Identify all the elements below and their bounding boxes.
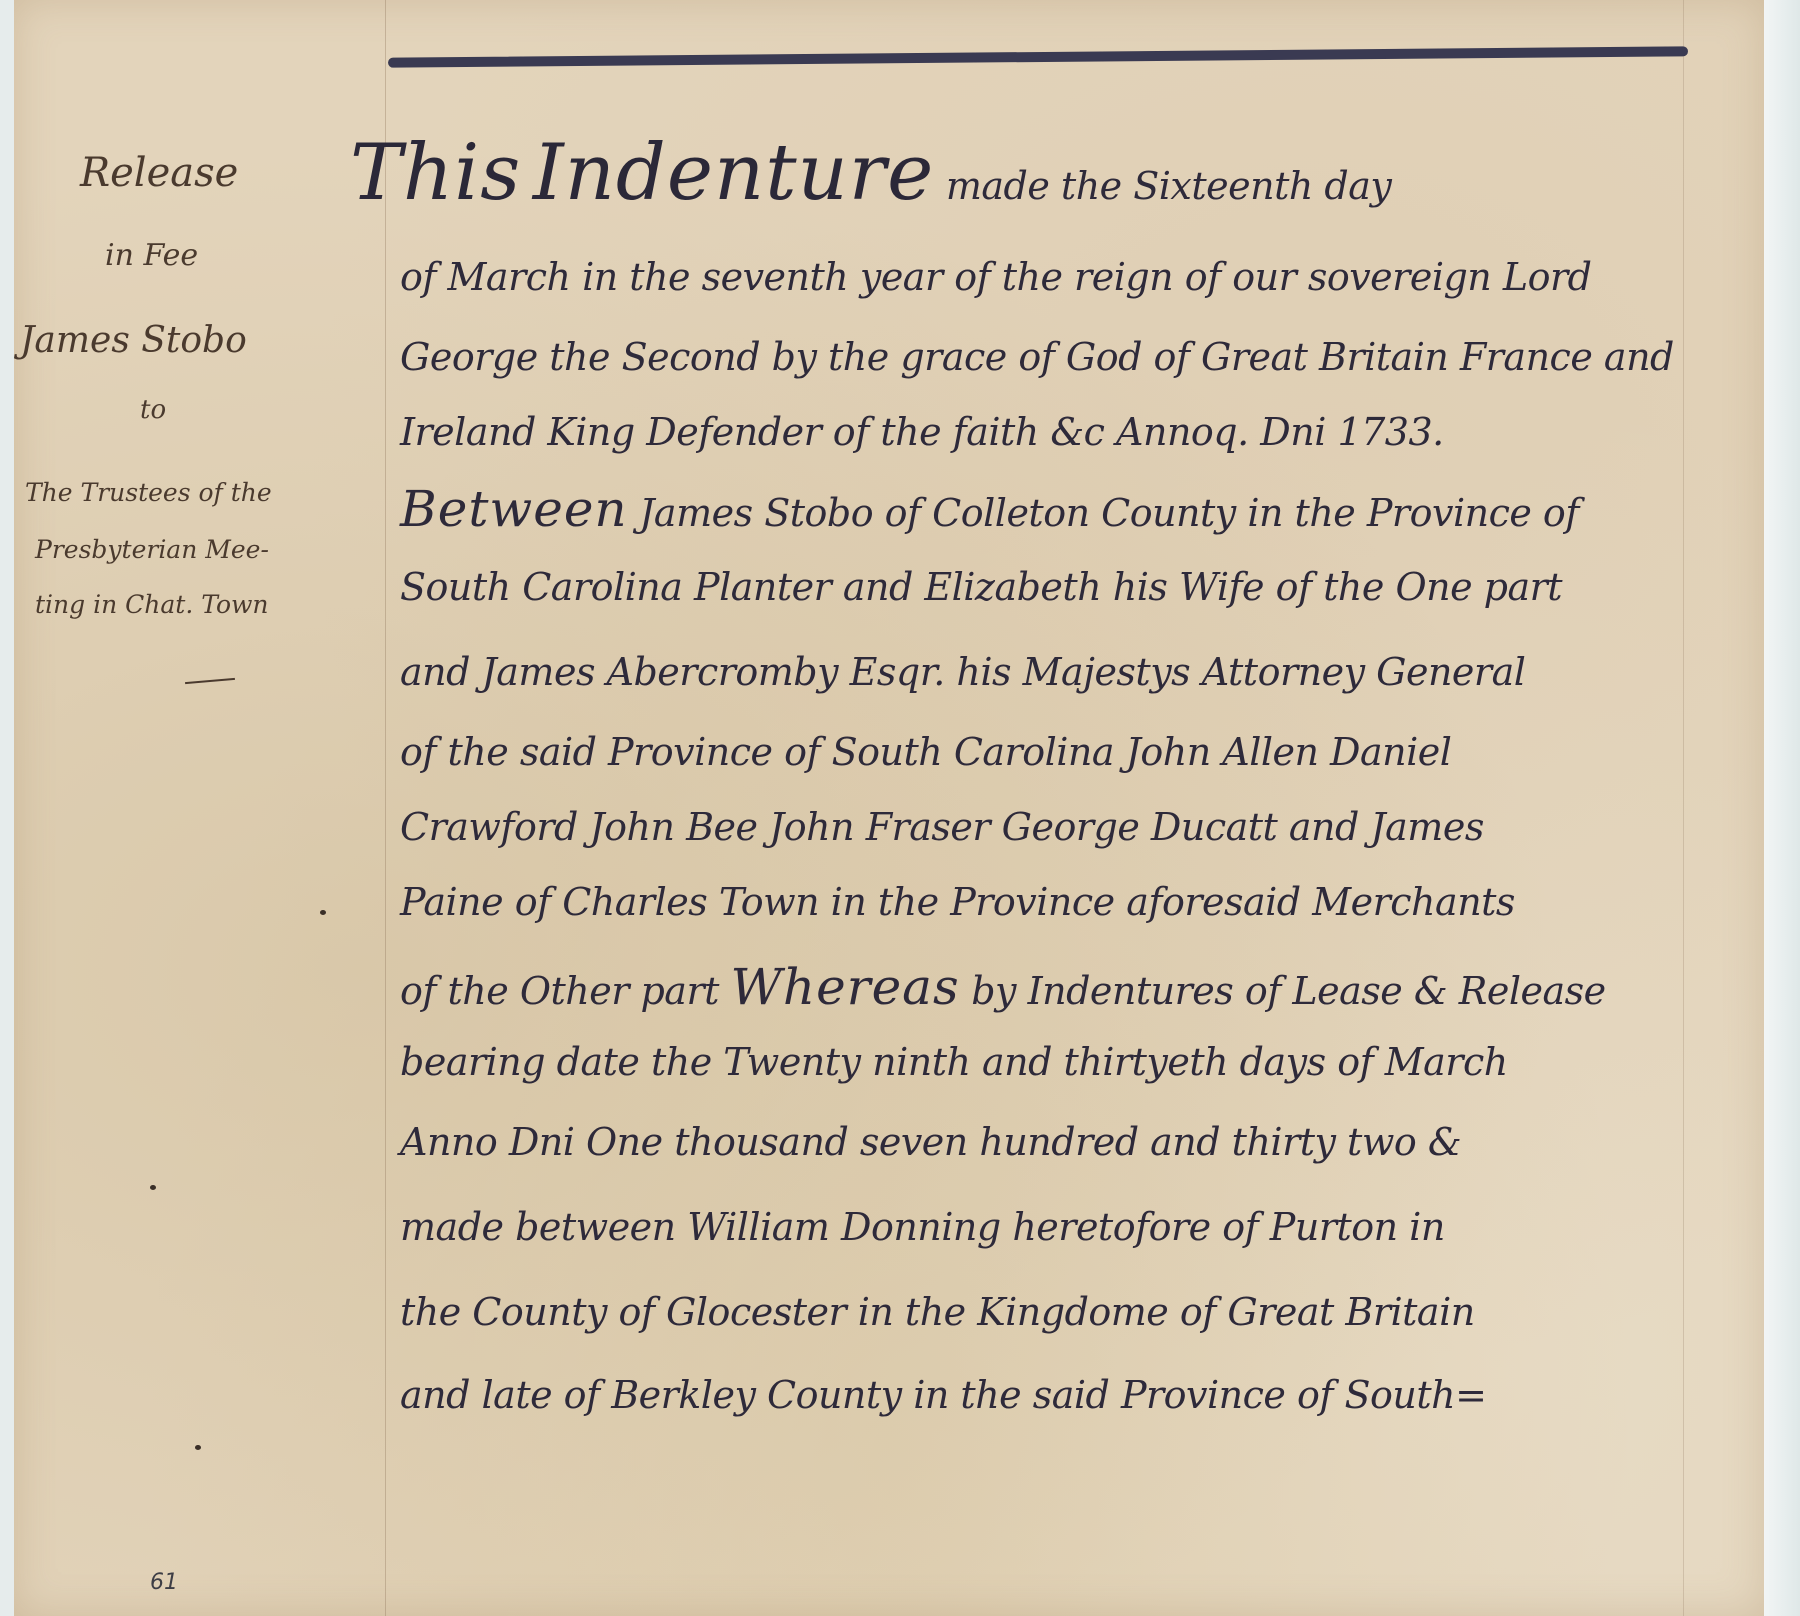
body-line-4: Ireland King Defender of the faith &c An…	[400, 410, 1444, 454]
body-line-5: Between James Stobo of Colleton County i…	[400, 480, 1579, 538]
body-line-16: and late of Berkley County in the said P…	[400, 1373, 1487, 1417]
body-line-6: South Carolina Planter and Elizabeth his…	[400, 565, 1562, 609]
margin-connector: to	[140, 395, 166, 425]
keyword-whereas: Whereas	[730, 958, 959, 1016]
page-number: 61	[150, 1570, 178, 1595]
ink-speck	[150, 1185, 156, 1190]
margin-grantor: James Stobo	[20, 320, 247, 361]
margin-grantee-line-1: The Trustees of the	[25, 478, 272, 507]
body-line-11: of the Other part Whereas by Indentures …	[400, 958, 1606, 1016]
ink-speck	[195, 1445, 201, 1450]
margin-grantee-line-3: ting in Chat. Town	[35, 590, 269, 619]
body-line-1-tail: made the Sixteenth day	[946, 164, 1392, 208]
margin-grantee-line-2: Presbyterian Mee-	[35, 535, 269, 564]
body-line-9: Crawford John Bee John Fraser George Duc…	[400, 805, 1484, 849]
margin-title: Release	[80, 150, 238, 196]
ink-speck	[320, 910, 326, 915]
body-line-10: Paine of Charles Town in the Province af…	[400, 880, 1515, 924]
margin-subtitle: in Fee	[105, 238, 198, 273]
left-margin-rule	[385, 0, 386, 1616]
body-line-1: This Indenture made the Sixteenth day	[350, 128, 1391, 218]
heading-word-indenture: Indenture	[533, 128, 934, 218]
body-line-15: the County of Glocester in the Kingdome …	[400, 1290, 1475, 1334]
body-line-5-tail: James Stobo of Colleton County in the Pr…	[639, 491, 1579, 535]
body-line-14: made between William Donning heretofore …	[400, 1205, 1445, 1249]
body-line-11-lead: of the Other part	[400, 969, 719, 1013]
body-line-3: George the Second by the grace of God of…	[400, 335, 1674, 379]
keyword-between: Between	[400, 480, 628, 538]
body-line-8: of the said Province of South Carolina J…	[400, 730, 1451, 774]
heading-word-this: This	[350, 128, 521, 218]
body-line-13: Anno Dni One thousand seven hundred and …	[400, 1120, 1461, 1164]
body-line-2: of March in the seventh year of the reig…	[400, 255, 1591, 299]
body-line-11-tail: by Indentures of Lease & Release	[971, 969, 1605, 1013]
page-edge-background	[1764, 0, 1800, 1616]
right-margin-rule	[1683, 0, 1684, 1616]
body-line-12: bearing date the Twenty ninth and thirty…	[400, 1040, 1508, 1084]
body-line-7: and James Abercromby Esqr. his Majestys …	[400, 650, 1525, 694]
